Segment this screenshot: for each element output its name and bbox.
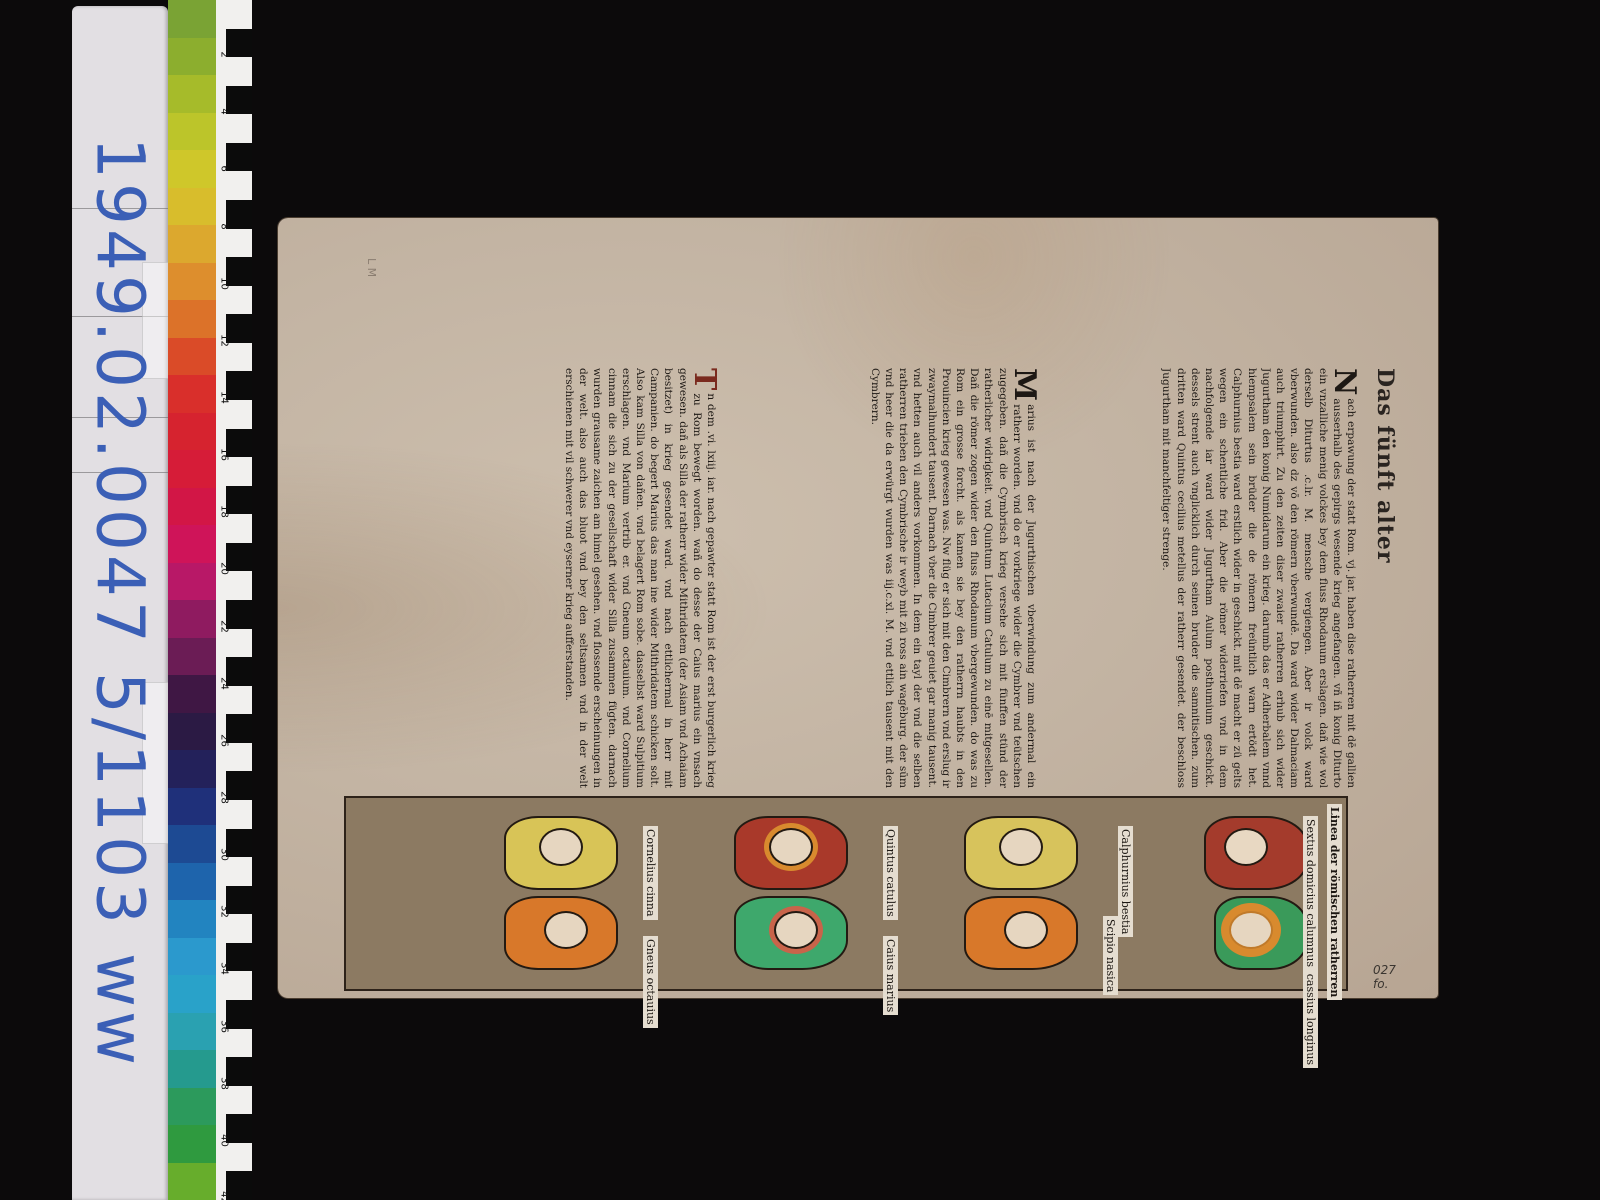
ruler-block bbox=[226, 429, 252, 458]
ruler-label: 10 bbox=[219, 276, 230, 290]
color-patch bbox=[168, 525, 216, 563]
color-patch bbox=[168, 113, 216, 151]
color-patch bbox=[168, 188, 216, 226]
portrait-head bbox=[1004, 911, 1048, 949]
ruler-label: 14 bbox=[219, 391, 230, 405]
color-patch bbox=[168, 263, 216, 301]
color-patch bbox=[168, 1163, 216, 1200]
ruler-label: 18 bbox=[219, 505, 230, 519]
color-patch bbox=[168, 713, 216, 751]
ruler-block bbox=[226, 657, 252, 686]
color-patch bbox=[168, 75, 216, 113]
color-patch bbox=[168, 338, 216, 376]
manuscript-leaf: 027 fo. 230 fo./ 027 fo. Das fünft alter… bbox=[278, 218, 1438, 998]
ruler-block bbox=[226, 943, 252, 972]
ruler-label: 28 bbox=[219, 791, 230, 805]
ruler-block bbox=[226, 886, 252, 915]
ruler-block bbox=[226, 1114, 252, 1143]
portrait-head bbox=[774, 911, 818, 949]
ruler-block bbox=[226, 714, 252, 743]
ruler-block bbox=[226, 29, 252, 58]
portrait-head bbox=[999, 828, 1043, 866]
page-content-rotated: 027 fo. 230 fo./ 027 fo. Das fünft alter… bbox=[278, 218, 1438, 998]
color-patch bbox=[168, 600, 216, 638]
pencil-corner-mark: L M bbox=[365, 258, 378, 277]
ruler-label: 6 bbox=[219, 162, 230, 176]
ruler-label: 4 bbox=[219, 105, 230, 119]
color-patch bbox=[168, 488, 216, 526]
color-patch bbox=[168, 563, 216, 601]
portrait-caption: Quintus catulus bbox=[883, 826, 898, 920]
ruler-block bbox=[226, 771, 252, 800]
ruler-block bbox=[226, 314, 252, 343]
portrait-head bbox=[1224, 828, 1268, 866]
ruler-label: 12 bbox=[219, 333, 230, 347]
ruler-label: 34 bbox=[219, 962, 230, 976]
color-patch bbox=[168, 450, 216, 488]
woodcut-title: Linea der römischen ratherren bbox=[1327, 804, 1342, 1000]
color-patch bbox=[168, 675, 216, 713]
color-patch bbox=[168, 788, 216, 826]
color-patch bbox=[168, 863, 216, 901]
color-patch bbox=[168, 300, 216, 338]
color-patch bbox=[168, 1088, 216, 1126]
column-text: arius ist nach der Jugurthischen vberwin… bbox=[868, 368, 1038, 788]
drop-cap: M bbox=[1010, 368, 1038, 401]
ruler-block bbox=[226, 143, 252, 172]
ruler-label: 2 bbox=[219, 48, 230, 62]
color-patch bbox=[168, 375, 216, 413]
ruler-label: 30 bbox=[219, 848, 230, 862]
ruler-block bbox=[226, 486, 252, 515]
ruler-block bbox=[226, 371, 252, 400]
column-text: n dem .vi. lxiij. iar. nach gepawter sta… bbox=[562, 368, 718, 788]
running-head: Das fünft alter bbox=[1372, 368, 1398, 563]
ruler-block bbox=[226, 543, 252, 572]
ruler-label: 40 bbox=[219, 1133, 230, 1147]
color-patch bbox=[168, 638, 216, 676]
ruler-block bbox=[226, 257, 252, 286]
drop-cap: T bbox=[690, 368, 718, 390]
portrait-caption: Sextus domicius calumnus bbox=[1303, 816, 1318, 970]
portrait-caption: Caius marius bbox=[883, 936, 898, 1015]
ruler-block bbox=[226, 1057, 252, 1086]
color-patch bbox=[168, 150, 216, 188]
drop-cap: N bbox=[1330, 368, 1358, 395]
portrait-head bbox=[544, 911, 588, 949]
color-patch bbox=[168, 225, 216, 263]
ruler-label: 38 bbox=[219, 1076, 230, 1090]
accession-number: 1949.02.0047 5/1103 ww bbox=[82, 137, 159, 1069]
ruler-block bbox=[226, 1000, 252, 1029]
woodcut-frame bbox=[344, 796, 1348, 991]
color-patch bbox=[168, 413, 216, 451]
ruler-block bbox=[226, 829, 252, 858]
ruler-label: 26 bbox=[219, 733, 230, 747]
ruler-label: 24 bbox=[219, 676, 230, 690]
ruler-label: 32 bbox=[219, 905, 230, 919]
ruler-block bbox=[226, 1171, 252, 1200]
ruler-label: 36 bbox=[219, 1019, 230, 1033]
portrait-head bbox=[1229, 911, 1273, 949]
portrait-caption: Scipio nasica bbox=[1103, 916, 1118, 995]
text-column-2: M arius ist nach der Jugurthischen vberw… bbox=[738, 368, 1038, 788]
portrait-caption: Cornelius cinna bbox=[643, 826, 658, 920]
column-text: ach erpawung der statt Rom. vj. jar. hab… bbox=[1159, 368, 1358, 788]
ruler-block bbox=[226, 600, 252, 629]
portrait-caption: Gneus octauius bbox=[643, 936, 658, 1028]
color-patch bbox=[168, 0, 216, 38]
ruler-label: 20 bbox=[219, 562, 230, 576]
ruler-label: 8 bbox=[219, 219, 230, 233]
color-patch bbox=[168, 825, 216, 863]
ruler-label: 16 bbox=[219, 448, 230, 462]
color-patch bbox=[168, 938, 216, 976]
color-patch bbox=[168, 975, 216, 1013]
text-column-1: N ach erpawung der statt Rom. vj. jar. h… bbox=[1058, 368, 1358, 788]
color-patch bbox=[168, 750, 216, 788]
color-patch bbox=[168, 1125, 216, 1163]
color-patch bbox=[168, 1050, 216, 1088]
portrait-head bbox=[539, 828, 583, 866]
ruler-block bbox=[226, 86, 252, 115]
color-patch bbox=[168, 38, 216, 76]
color-patch bbox=[168, 1013, 216, 1051]
accession-label-card: 1949.02.0047 5/1103 ww bbox=[72, 6, 168, 1200]
woodcut-portrait-strip: Linea der römischen ratherren Caius cass… bbox=[348, 796, 1348, 991]
ruler-label: 42 bbox=[219, 1191, 230, 1200]
measurement-ruler: 24681012141618202224262830323436384042 bbox=[216, 0, 252, 1200]
portrait-head bbox=[769, 828, 813, 866]
color-patch bbox=[168, 900, 216, 938]
ruler-block bbox=[226, 200, 252, 229]
color-calibration-strip bbox=[168, 0, 216, 1200]
text-column-3: T n dem .vi. lxiij. iar. nach gepawter s… bbox=[418, 368, 718, 788]
portrait-caption: Calphurnius bestia bbox=[1118, 826, 1133, 937]
ruler-label: 22 bbox=[219, 619, 230, 633]
pencil-note: 027 fo. bbox=[1373, 963, 1415, 991]
